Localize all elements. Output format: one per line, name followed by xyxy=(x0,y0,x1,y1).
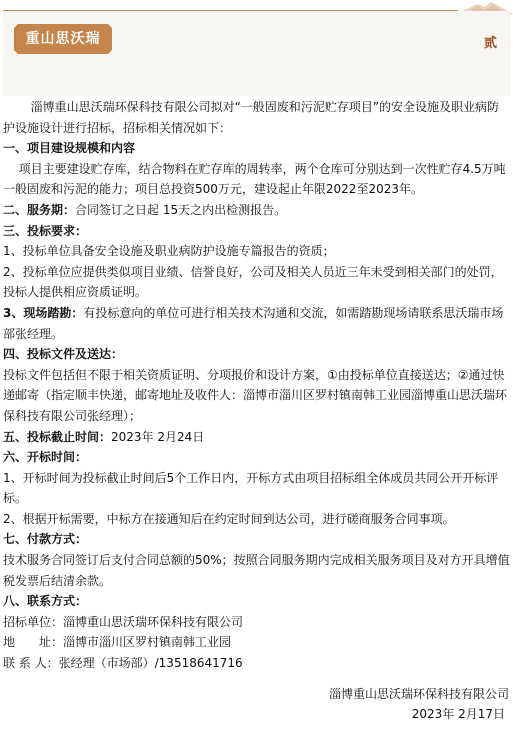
section-3-item-3: 3、现场踏勘：有投标意向的单位可进行相关技术沟通和交流，如需踏勘现场请联系思沃瑞… xyxy=(3,303,510,344)
section-5: 五、投标截止时间：2023年 2月24日 xyxy=(3,427,510,448)
section-2-title: 二、服务期： xyxy=(3,203,75,217)
section-7-body: 技术服务合同签订后支付合同总额的50%；按照合同服务期内完成相关服务项目及对方开… xyxy=(3,550,510,591)
section-1-title: 一、项目建设规模和内容 xyxy=(3,138,510,159)
page-number: 贰 xyxy=(484,32,497,51)
document-body: 淄博重山思沃瑞环保科技有限公司拟对“一般固废和污泥贮存项目”的安全设施及职业病防… xyxy=(3,97,510,674)
section-3-item-3-label: 3、现场踏勘： xyxy=(3,306,83,320)
contact-address: 地 址：淄博市淄川区罗村镇南韩工业园 xyxy=(3,632,510,653)
section-5-title: 五、投标截止时间： xyxy=(3,430,111,444)
section-6-item-2: 2、根据开标需要，中标方在接通知后在约定时间到达公司，进行磋商服务合同事项。 xyxy=(3,509,510,530)
company-badge: 重山思沃瑞 xyxy=(14,24,112,54)
signature-block: 淄博重山思沃瑞环保科技有限公司 2023年 2月17日 xyxy=(329,684,509,724)
section-3-item-2: 2、投标单位应提供类似项目业绩、信誉良好，公司及相关人员近三年未受到相关部门的处… xyxy=(3,262,510,303)
section-4-title: 四、投标文件及送达： xyxy=(3,344,510,365)
intro-paragraph: 淄博重山思沃瑞环保科技有限公司拟对“一般固废和污泥贮存项目”的安全设施及职业病防… xyxy=(3,97,510,138)
contact-person: 联 系 人：张经理（市场部）/13518641716 xyxy=(3,653,510,674)
signature-date: 2023年 2月17日 xyxy=(329,704,509,724)
section-3-item-1: 1、投标单位具备安全设施及职业病防护设施专篇报告的资质； xyxy=(3,241,510,262)
section-3-title: 三、投标要求： xyxy=(3,221,510,242)
section-6-item-1: 1、开标时间为投标截止时间后5个工作日内，开标方式由项目招标组全体成员共同公开开… xyxy=(3,468,510,509)
section-5-body: 2023年 2月24日 xyxy=(111,430,204,444)
signature-company: 淄博重山思沃瑞环保科技有限公司 xyxy=(329,684,509,704)
section-8-title: 八、联系方式： xyxy=(3,591,510,612)
section-2: 二、服务期：合同签订之日起 15天之内出检测报告。 xyxy=(3,200,510,221)
section-4-body: 投标文件包括但不限于相关资质证明、分项报价和设计方案，①由投标单位直接送达；②通… xyxy=(3,365,510,427)
section-6-title: 六、开标时间： xyxy=(3,447,510,468)
section-7-title: 七、付款方式： xyxy=(3,529,510,550)
section-2-body: 合同签订之日起 15天之内出检测报告。 xyxy=(75,203,286,217)
contact-company: 招标单位：淄博重山思沃瑞环保科技有限公司 xyxy=(3,612,510,633)
section-1-body: 项目主要建设贮存库，结合物料在贮存库的周转率，两个仓库可分别达到一次性贮存4.5… xyxy=(3,159,510,200)
